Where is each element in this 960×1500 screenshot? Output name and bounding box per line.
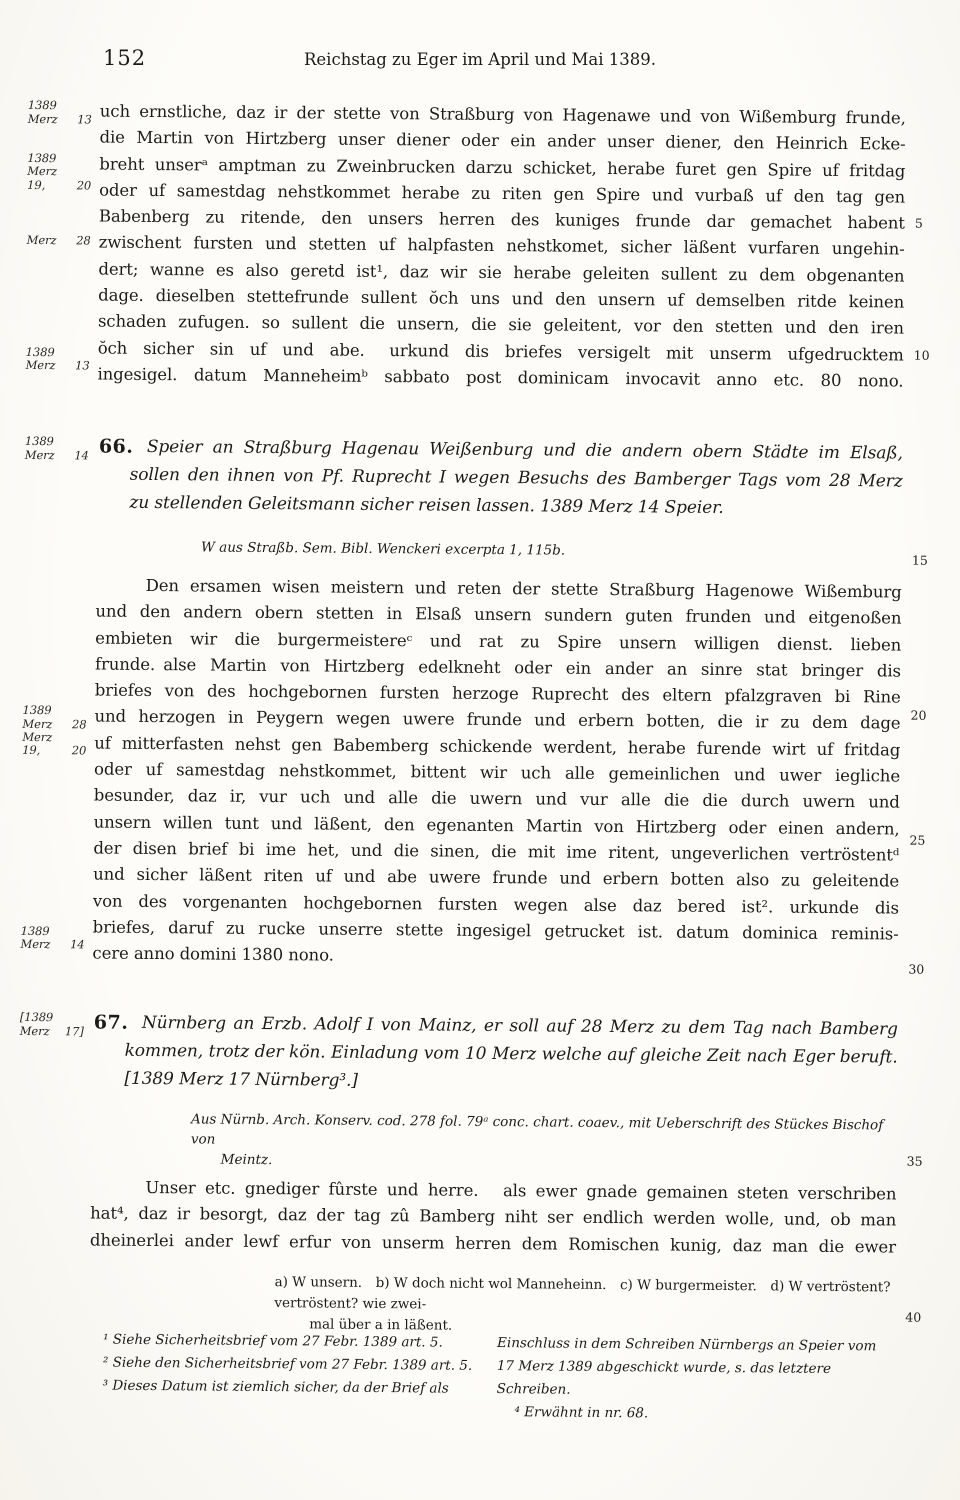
source-note: W aus Straßb. Sem. Bibl. Wenckeri excerp… — [96, 537, 902, 564]
source-note: Aus Nürnb. Arch. Konserv. cod. 278 fol. … — [91, 1108, 897, 1155]
footnote-line: ¹ Siehe Sicherheitsbrief vom 27 Febr. 13… — [103, 1329, 493, 1355]
text-line: dheinerlei ander lewf erfur von unserm h… — [90, 1227, 896, 1260]
footnote-column-left: ¹ Siehe Sicherheitsbrief vom 27 Febr. 13… — [103, 1329, 494, 1401]
line-number: 10 — [914, 348, 948, 363]
regest-line: zu stellenden Geleitsmann sicher reisen … — [96, 489, 902, 524]
margin-date-note: 1389 Merz 19, 20 — [27, 151, 91, 192]
margin-date-note: 1389 Merz 14 — [20, 925, 84, 953]
apparatus-line: a) W unsern. b) W doch nicht wol Mannehe… — [89, 1270, 895, 1319]
footnote-line: ³ Dieses Datum ist ziemlich sicher, da d… — [103, 1375, 493, 1401]
text-line: cere anno domini 1380 nono. — [92, 941, 898, 974]
page-body: 5 10 15 20 25 30 35 40 1389 Merz 13 uch … — [0, 90, 960, 1500]
document-number: 67. — [94, 1009, 129, 1037]
line-number: 30 — [908, 962, 942, 977]
line-number: 20 — [911, 708, 945, 723]
line-number: 15 — [912, 553, 946, 568]
margin-date-note: Merz 19, 20 — [22, 731, 86, 759]
page-header: 152 Reichstag zu Eger im April und Mai 1… — [0, 46, 960, 76]
margin-date-note: 1389 Merz 13 — [26, 346, 90, 374]
doc66-source: W aus Straßb. Sem. Bibl. Wenckeri excerp… — [96, 537, 902, 564]
margin-date-note: 1389 Merz 14 — [25, 435, 89, 463]
line-number: 35 — [907, 1154, 941, 1169]
doc65-continuation: 1389 Merz 13 uch ernstliche, daz ir der … — [97, 99, 905, 395]
regest-line: [1389 Merz 17 Nürnberg³.] — [91, 1064, 897, 1099]
running-title: Reichstag zu Eger im April und Mai 1389. — [0, 50, 960, 69]
doc67-source: Aus Nürnb. Arch. Konserv. cod. 278 fol. … — [91, 1108, 897, 1175]
line-number: 5 — [915, 216, 949, 231]
margin-date-note: Merz 28 — [27, 234, 91, 248]
doc67-body: Unser etc. gnediger fûrste und herre. al… — [90, 1174, 897, 1260]
margin-date-note: 1389 Merz 13 — [28, 99, 92, 127]
footnote-line: ⁴ Erwähnt in nr. 68. — [496, 1401, 898, 1428]
document-number: 66. — [99, 433, 134, 461]
footnote-line: ² Siehe den Sicherheitsbrief vom 27 Febr… — [103, 1352, 493, 1378]
line-number: 40 — [905, 1310, 939, 1325]
text-line: ingesigel. datum Manneheimᵇ sabbato post… — [97, 361, 903, 394]
doc66-body: Den ersamen wisen meistern und reten der… — [92, 573, 901, 974]
doc67-heading: [1389 Merz 17] 67. Nürnberg an Erzb. Ado… — [91, 1008, 898, 1099]
footnote-column-right: Einschluss in dem Schreiben Nürnbergs an… — [496, 1332, 899, 1428]
margin-date-note: 1389 Merz 28 — [22, 704, 86, 732]
footnote-line: 17 Merz 1389 abgeschickt wurde, s. das l… — [497, 1355, 899, 1405]
scanned-book-page: 152 Reichstag zu Eger im April und Mai 1… — [0, 0, 960, 1500]
margin-date-note: [1389 Merz 17] — [20, 1011, 84, 1039]
line-number: 25 — [909, 833, 943, 848]
doc66-heading: 1389 Merz 14 66. Speier an Straßburg Hag… — [96, 433, 903, 524]
